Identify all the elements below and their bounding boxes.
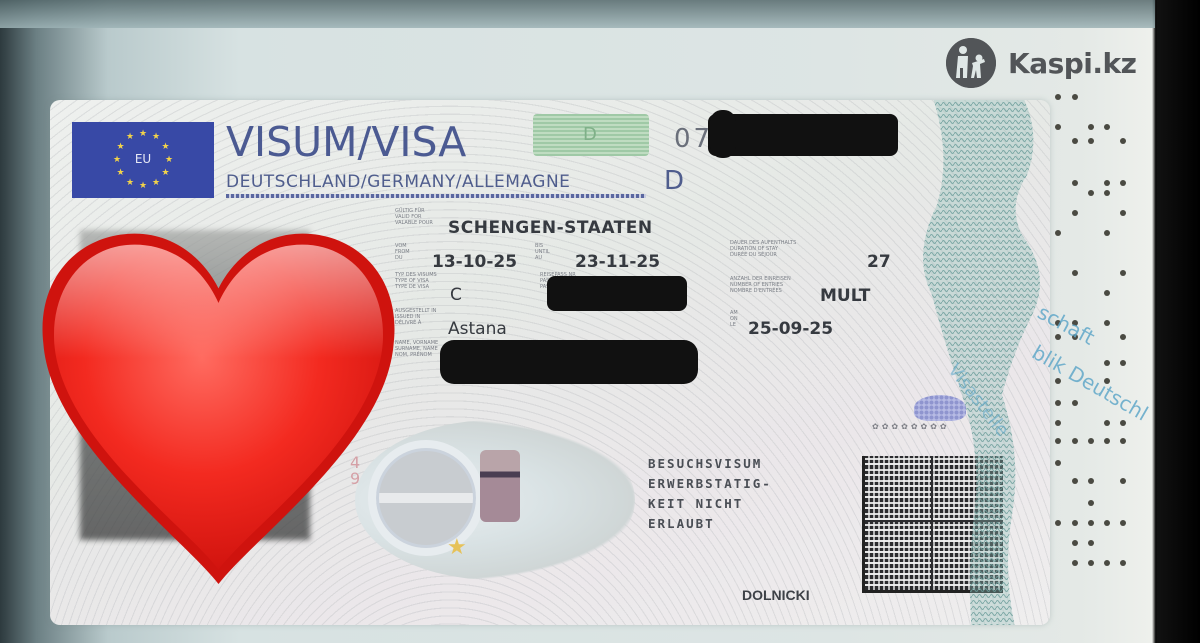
perforation-dot <box>1120 520 1126 526</box>
label-duration: DAUER DES AUFENTHALTSDURATION OF STAYDUR… <box>730 240 810 258</box>
perforation-dot <box>1055 94 1061 100</box>
label-entries: ANZAHL DER EINREISENNUMBER OF ENTRIESNOM… <box>730 276 810 294</box>
dark-background-edge <box>1157 0 1200 643</box>
value-issue-date: 25-09-25 <box>748 319 833 339</box>
hologram-star-icon: ★ <box>447 535 467 560</box>
perforation-dot <box>1104 438 1110 444</box>
visa-type-letter: D <box>664 166 684 196</box>
redaction-passport-number <box>547 276 687 311</box>
signature: DOLNICKI <box>742 587 810 603</box>
perforation-dot <box>1088 138 1094 144</box>
perforation-dot <box>1120 420 1126 426</box>
perforation-dot <box>1120 270 1126 276</box>
perforation-dot <box>1104 290 1110 296</box>
eu-flag: ★★★★★★★★★★★★ EU <box>72 122 214 198</box>
eu-star-icon: ★ <box>126 179 134 188</box>
perforation-dot <box>1072 478 1078 484</box>
perforation-dot <box>1104 560 1110 566</box>
microprint-line <box>226 194 646 198</box>
kaspi-logo-text: Kaspi.kz <box>1008 47 1136 80</box>
perforation-dot <box>1055 520 1061 526</box>
perforation-dot <box>1120 438 1126 444</box>
perforation-dot <box>1072 138 1078 144</box>
eu-label: EU <box>72 152 214 166</box>
value-valid-for: SCHENGEN-STAATEN <box>448 218 653 238</box>
perforation-dot <box>1104 180 1110 186</box>
redaction-visa-number <box>708 114 898 156</box>
perforation-dot <box>1055 438 1061 444</box>
perforation-dot <box>1104 190 1110 196</box>
value-number-of-entries: MULT <box>820 286 870 306</box>
value-until: 23-11-25 <box>575 252 660 272</box>
perforation-dot <box>1072 520 1078 526</box>
perforation-dot <box>1104 124 1110 130</box>
perforation-dot <box>1072 400 1078 406</box>
perforation-dot <box>1055 460 1061 466</box>
passport-page-edge <box>0 0 1155 28</box>
eu-star-icon: ★ <box>139 182 147 191</box>
guilloche-ornament <box>912 100 1050 625</box>
perforation-dot <box>1120 138 1126 144</box>
perforation-dot <box>1055 420 1061 426</box>
perforation-dot <box>1088 438 1094 444</box>
hologram-flag-icon <box>480 450 520 522</box>
perforation-dot <box>1072 180 1078 186</box>
kaspi-logo: Kaspi.kz <box>946 38 1136 88</box>
perforation-dot <box>1120 210 1126 216</box>
perforation-dot <box>1104 230 1110 236</box>
eu-star-icon: ★ <box>162 169 170 178</box>
perforation-dot <box>1120 478 1126 484</box>
perforation-dot <box>1104 360 1110 366</box>
perforation-dot <box>1072 438 1078 444</box>
kaspi-people-icon <box>946 38 996 88</box>
perforation-dot <box>1120 180 1126 186</box>
perforation-dot <box>1104 420 1110 426</box>
perforation-dot <box>1120 560 1126 566</box>
perforation-dot <box>1120 360 1126 366</box>
perforation-dot <box>1088 478 1094 484</box>
remarks: BESUCHSVISUM ERWERBSTATIG- KEIT NICHT ER… <box>648 454 772 534</box>
issuing-country: DEUTSCHLAND/GERMANY/ALLEMAGNE <box>226 172 570 192</box>
eu-star-icon: ★ <box>152 179 160 188</box>
perforation-dot <box>1088 124 1094 130</box>
perforation-dot <box>1072 540 1078 546</box>
perforation-dot <box>1072 560 1078 566</box>
redaction-visa-number-start <box>710 110 736 158</box>
eu-star-icon: ★ <box>139 130 147 139</box>
perforation-dot <box>1055 400 1061 406</box>
label-type: TYP DES VISUMSTYPE OF VISATYPE DE VISA <box>395 272 475 290</box>
heart-emoji-icon <box>36 230 401 595</box>
value-from: 13-10-25 <box>432 252 517 272</box>
perforation-dot <box>1088 520 1094 526</box>
perforation-dot <box>1055 230 1061 236</box>
perforation-dot <box>1055 124 1061 130</box>
perforation-dot <box>1088 560 1094 566</box>
perforation-dot <box>1088 190 1094 196</box>
perforation-dot <box>1072 270 1078 276</box>
perforation-dot <box>1120 334 1126 340</box>
d-hologram: D <box>533 114 649 156</box>
eu-star-icon: ★ <box>152 133 160 142</box>
redaction-name <box>440 340 698 384</box>
perforation-dot <box>1104 320 1110 326</box>
perforation-dot <box>1088 500 1094 506</box>
eu-star-icon: ★ <box>116 169 124 178</box>
eu-star-icon: ★ <box>126 133 134 142</box>
hologram-letter: D <box>583 124 597 145</box>
eu-star-icon: ★ <box>162 143 170 152</box>
value-issued-in: Astana <box>448 319 507 339</box>
value-duration-of-stay: 27 <box>867 252 891 272</box>
perforation-dot <box>1104 520 1110 526</box>
perforation-dot <box>1088 540 1094 546</box>
perforation-dot <box>1072 94 1078 100</box>
eu-star-icon: ★ <box>116 143 124 152</box>
visa-title: VISUM/VISA <box>226 118 466 166</box>
perforation-dot <box>1072 210 1078 216</box>
value-type-of-visa: C <box>450 285 462 305</box>
